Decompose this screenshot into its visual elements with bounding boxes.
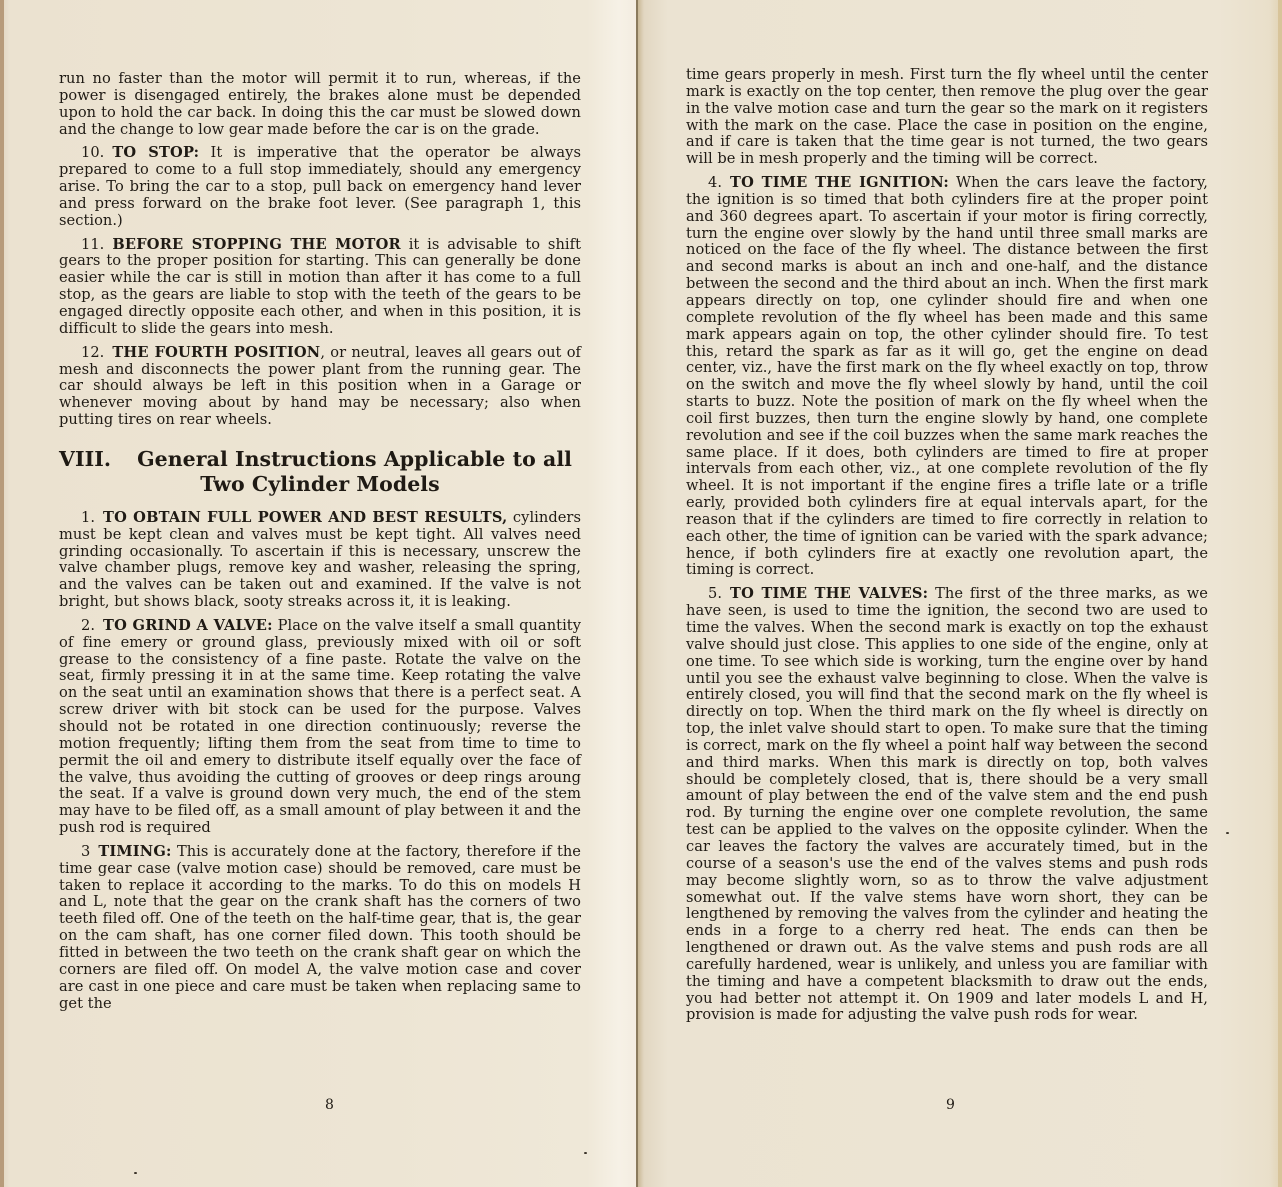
paragraph-timing: 3TIMING: This is accurately done at the … bbox=[59, 844, 581, 1012]
section-title-line1: General Instructions Applicable to all bbox=[137, 447, 572, 471]
paragraph-heading: TO TIME THE VALVES: bbox=[730, 585, 928, 602]
right-page: time gears properly in mesh. First turn … bbox=[638, 0, 1282, 1187]
paragraph-number: 5. bbox=[708, 585, 722, 602]
paragraph-body: Place on the valve itself a small quanti… bbox=[59, 617, 581, 836]
left-page-text: run no faster than the motor will permit… bbox=[59, 71, 581, 1019]
paragraph-heading: TO OBTAIN FULL POWER AND BEST RESULTS, bbox=[103, 509, 507, 526]
paragraph-number: 10. bbox=[81, 144, 104, 161]
page-number: 9 bbox=[946, 1097, 955, 1113]
continuation-paragraph: time gears properly in mesh. First turn … bbox=[686, 67, 1208, 168]
paragraph-time-valves: 5.TO TIME THE VALVES: The first of the t… bbox=[686, 586, 1208, 1024]
paragraph-heading: TO TIME THE IGNITION: bbox=[730, 174, 949, 191]
paragraph-number: 12. bbox=[81, 344, 104, 361]
section-heading: VIII.General Instructions Applicable to … bbox=[59, 447, 581, 497]
paragraph-body: The first of the three marks, as we have… bbox=[686, 585, 1208, 1023]
paragraph-number: 2. bbox=[81, 617, 95, 634]
section-number: VIII. bbox=[59, 447, 111, 471]
paragraph-heading: TIMING: bbox=[98, 843, 171, 860]
paragraph-number: 1. bbox=[81, 509, 95, 526]
paragraph-time-ignition: 4.TO TIME THE IGNITION: When the cars le… bbox=[686, 175, 1208, 579]
left-page: run no faster than the motor will permit… bbox=[0, 0, 638, 1187]
paragraph-heading: TO STOP: bbox=[112, 144, 199, 161]
paragraph-number: 4. bbox=[708, 174, 722, 191]
section-title-line2: Two Cylinder Models bbox=[59, 472, 581, 497]
paragraph-number: 11. bbox=[81, 236, 104, 253]
paragraph-grind-valve: 2.TO GRIND A VALVE: Place on the valve i… bbox=[59, 618, 581, 837]
paragraph-full-power: 1.TO OBTAIN FULL POWER AND BEST RESULTS,… bbox=[59, 510, 581, 611]
paragraph-number: 3 bbox=[81, 843, 90, 860]
paragraph-heading: BEFORE STOPPING THE MOTOR bbox=[112, 236, 401, 253]
page-edge bbox=[1278, 0, 1282, 1187]
page-number: 8 bbox=[325, 1097, 334, 1113]
continuation-paragraph: run no faster than the motor will permit… bbox=[59, 71, 581, 138]
paragraph-body: When the cars leave the factory, the ign… bbox=[686, 174, 1208, 578]
paragraph-body: This is accurately done at the factory, … bbox=[59, 843, 581, 1012]
paragraph-fourth-position: 12.THE FOURTH POSITION, or neutral, leav… bbox=[59, 345, 581, 429]
paragraph-before-stopping-motor: 11.BEFORE STOPPING THE MOTOR it is advis… bbox=[59, 237, 581, 338]
paper-speck bbox=[134, 1172, 137, 1174]
book-spread: run no faster than the motor will permit… bbox=[0, 0, 1282, 1187]
paragraph-heading: THE FOURTH POSITION bbox=[112, 344, 320, 361]
paper-speck bbox=[1226, 832, 1229, 834]
right-page-text: time gears properly in mesh. First turn … bbox=[686, 67, 1208, 1031]
paragraph-to-stop: 10.TO STOP: It is imperative that the op… bbox=[59, 145, 581, 229]
page-edge bbox=[0, 0, 4, 1187]
paper-speck bbox=[584, 1152, 587, 1154]
paragraph-heading: TO GRIND A VALVE: bbox=[103, 617, 273, 634]
